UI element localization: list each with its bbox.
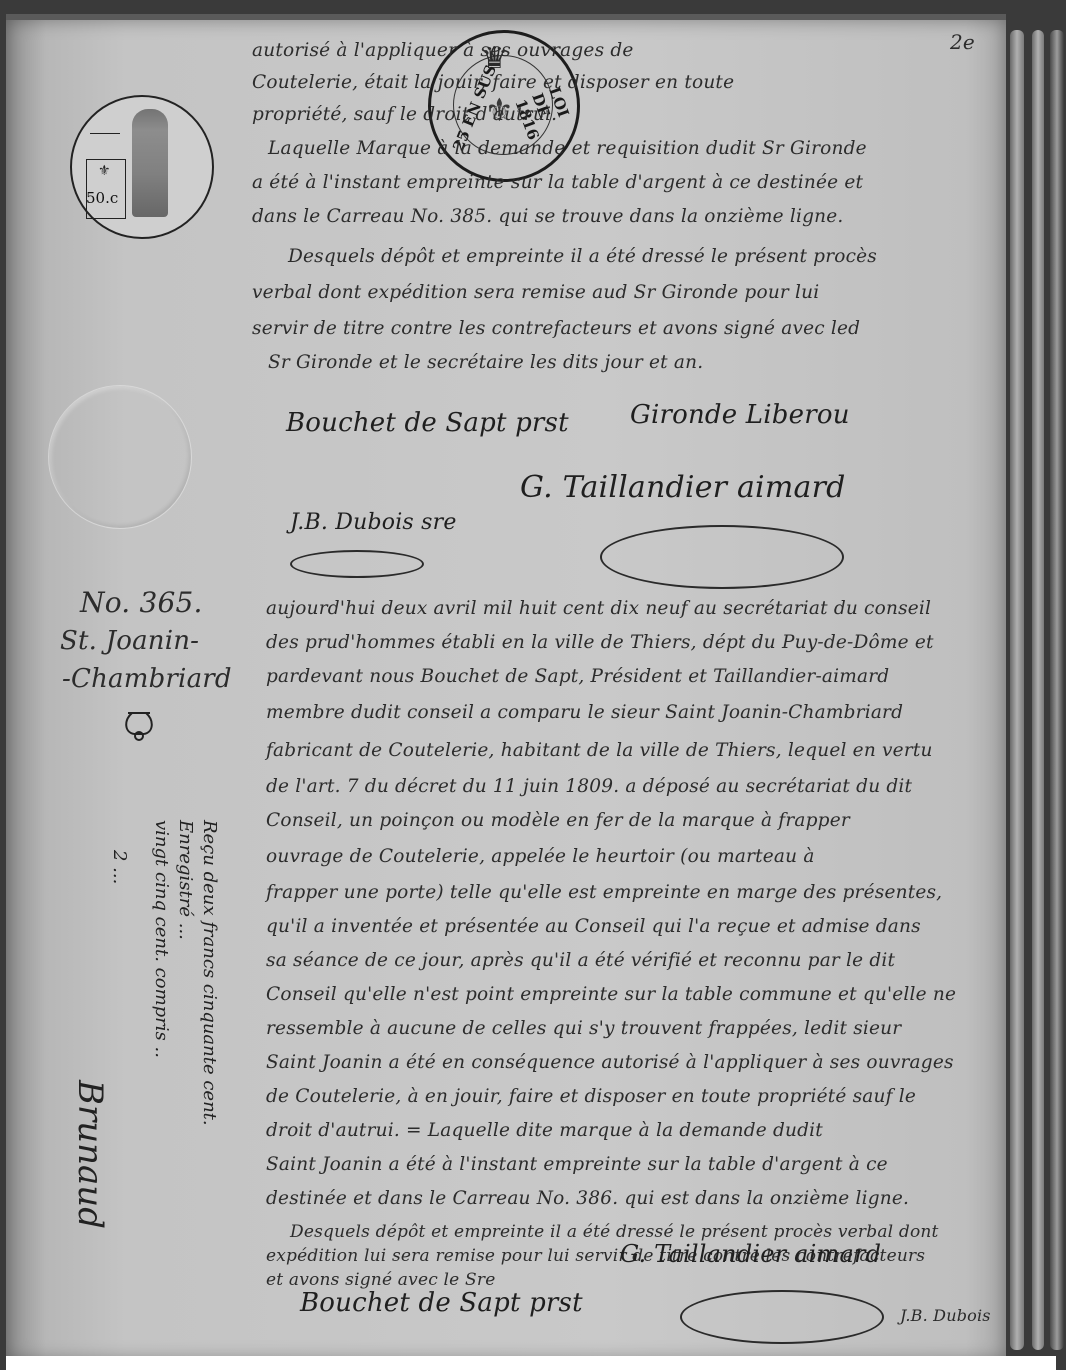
depositor-name-line1: St. Joanin- <box>60 626 199 656</box>
text-line: Coutelerie, était la jouir, faire et dis… <box>252 72 734 93</box>
text-line: sa séance de ce jour, après qu'il a été … <box>266 950 895 971</box>
text-line: dans le Carreau No. 385. qui se trouve d… <box>252 206 844 227</box>
text-line: Conseil, un poinçon ou modèle en fer de … <box>266 810 850 831</box>
signature-dubois: J.B. Dubois <box>900 1306 991 1325</box>
text-line: de Coutelerie, à en jouir, faire et disp… <box>266 1086 916 1107</box>
margin-note-line: Enregistré ... <box>175 820 196 940</box>
embossed-seal <box>48 385 192 529</box>
text-line: membre dudit conseil a comparu le sieur … <box>266 702 903 723</box>
text-line: Desquels dépôt et empreinte il a été dre… <box>288 246 877 267</box>
text-line: pardevant nous Bouchet de Sapt, Présiden… <box>266 666 889 687</box>
signature-taillandier: G. Taillandier aimard <box>620 1240 881 1268</box>
page-number: 2e <box>950 30 975 54</box>
fleur-de-lis-icon: ⚜ <box>98 163 111 179</box>
signature-dubois: J.B. Dubois sre <box>290 510 457 535</box>
text-line: Desquels dépôt et empreinte il a été dre… <box>290 1222 939 1242</box>
text-line: servir de titre contre les contrefacteur… <box>252 318 860 339</box>
tax-stamp: ⚜ 50.c <box>70 95 214 239</box>
text-line: et avons signé avec le Sre <box>266 1270 495 1290</box>
signature-flourish <box>680 1290 884 1344</box>
text-line: de l'art. 7 du décret du 11 juin 1809. a… <box>266 776 912 797</box>
signature-taillandier: G. Taillandier aimard <box>520 470 846 505</box>
margin-note-line: Reçu deux francs cinquante cent. <box>199 820 220 1126</box>
scales-icon <box>90 133 120 152</box>
text-line: fabricant de Coutelerie, habitant de la … <box>266 740 933 761</box>
stamp-value: 50.c <box>86 189 118 207</box>
text-line: a été à l'instant empreinte sur la table… <box>252 172 863 193</box>
text-line: autorisé à l'appliquer à ses ouvrages de <box>252 40 634 61</box>
margin-signature: Brunaud <box>70 1080 110 1229</box>
page-edge <box>1032 30 1044 1350</box>
entry-number: No. 365. <box>80 586 203 619</box>
text-line: Saint Joanin a été en conséquence autori… <box>266 1052 954 1073</box>
signature-flourish <box>600 525 844 589</box>
signature-bouchet: Bouchet de Sapt prst <box>300 1288 583 1318</box>
margin-note-line: vingt cinq cent. compris .. <box>151 820 172 1058</box>
text-line: verbal dont expédition sera remise aud S… <box>252 282 819 303</box>
depositor-name-line2: -Chambriard <box>62 664 232 694</box>
text-line: Conseil qu'elle n'est point empreinte su… <box>266 984 956 1005</box>
page-edge <box>1050 30 1064 1350</box>
text-line: propriété, sauf le droit d'autrui. <box>252 104 557 125</box>
page-edge <box>1010 30 1024 1350</box>
signature-flourish <box>290 550 424 578</box>
text-line: frapper une porte) telle qu'elle est emp… <box>266 882 942 903</box>
door-knocker-icon <box>122 710 156 742</box>
margin-note-line: 2 ... <box>109 850 130 884</box>
text-line: destinée et dans le Carreau No. 386. qui… <box>266 1188 909 1209</box>
text-line: Sr Gironde et le secrétaire les dits jou… <box>268 352 703 373</box>
justice-figure-icon <box>132 109 168 217</box>
text-line: ouvrage de Coutelerie, appelée le heurto… <box>266 846 815 867</box>
text-line: qu'il a inventée et présentée au Conseil… <box>266 916 921 937</box>
text-line: Laquelle Marque à la demande et requisit… <box>268 138 867 159</box>
scan-border <box>6 1356 1056 1370</box>
signature-gironde: Gironde Liberou <box>630 400 850 430</box>
text-line: ressemble à aucune de celles qui s'y tro… <box>266 1018 901 1039</box>
text-line: Saint Joanin a été à l'instant empreinte… <box>266 1154 888 1175</box>
text-line: aujourd'hui deux avril mil huit cent dix… <box>266 598 931 619</box>
signature-bouchet: Bouchet de Sapt prst <box>286 408 569 438</box>
text-line: droit d'autrui. = Laquelle dite marque à… <box>266 1120 823 1141</box>
text-line: des prud'hommes établi en la ville de Th… <box>266 632 934 653</box>
